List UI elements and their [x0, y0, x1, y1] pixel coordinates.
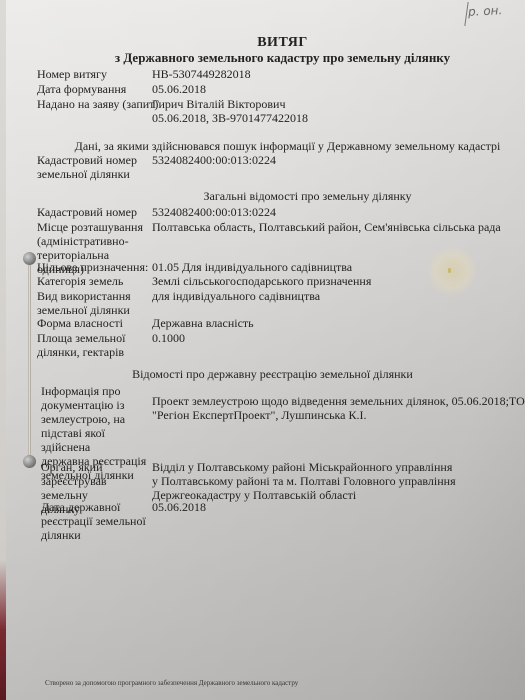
- field-label: Кадастровий номер земельної ділянки: [37, 153, 149, 181]
- document-title: ВИТЯГ: [0, 35, 525, 51]
- field-value: Землі сільськогосподарського призначення: [152, 274, 512, 288]
- field-value: Проект землеустрою щодо відведення земел…: [152, 394, 525, 422]
- footer-note: Створено за допомогою програмного забезп…: [45, 679, 298, 687]
- field-label: Цільове призначення:: [37, 260, 149, 274]
- field-label: Категорія земель: [37, 274, 149, 288]
- field-label: Номер витягу: [37, 67, 149, 81]
- document-subtitle: з Державного земельного кадастру про зем…: [0, 50, 525, 66]
- field-label: Форма власності: [37, 316, 149, 330]
- field-label: Дата державної реєстрації земельної діля…: [41, 500, 156, 542]
- field-value: для індивідуального садівництва: [152, 289, 512, 303]
- binder-rod: [28, 265, 31, 460]
- field-value: 0.1000: [152, 331, 512, 345]
- section-heading-registration: Відомості про державну реєстрацію земель…: [0, 367, 525, 382]
- handwritten-note: p. он.: [468, 3, 503, 19]
- field-label: Дата формування: [37, 82, 149, 96]
- field-label: Надано на заяву (запит): [37, 97, 167, 111]
- field-value: Державна власність: [152, 316, 512, 330]
- field-value: НВ-5307449282018: [152, 67, 512, 81]
- field-value: Полтавська область, Полтавський район, С…: [152, 220, 512, 234]
- field-label: Кадастровий номер: [37, 205, 149, 219]
- section-heading-general: Загальні відомості про земельну ділянку: [0, 189, 525, 204]
- field-value: Відділ у Полтавському районі Міськрайонн…: [152, 460, 525, 502]
- field-value: 05.06.2018: [152, 82, 512, 96]
- field-value: 05.06.2018: [152, 500, 512, 514]
- binder-ball-bottom: [23, 455, 36, 468]
- field-label: Площа земельної ділянки, гектарів: [37, 331, 149, 359]
- field-value: 5324082400:00:013:0224: [152, 153, 512, 167]
- field-label: Вид використання земельної ділянки: [37, 289, 149, 317]
- field-value: 01.05 Для індивідуального садівництва: [152, 260, 512, 274]
- section-heading-search: Дані, за якими здійснювався пошук інформ…: [0, 139, 525, 154]
- binder-ball-top: [23, 252, 36, 265]
- field-value: 5324082400:00:013:0224: [152, 205, 512, 219]
- field-value: Гирич Віталій Вікторович 05.06.2018, ЗВ-…: [152, 97, 512, 125]
